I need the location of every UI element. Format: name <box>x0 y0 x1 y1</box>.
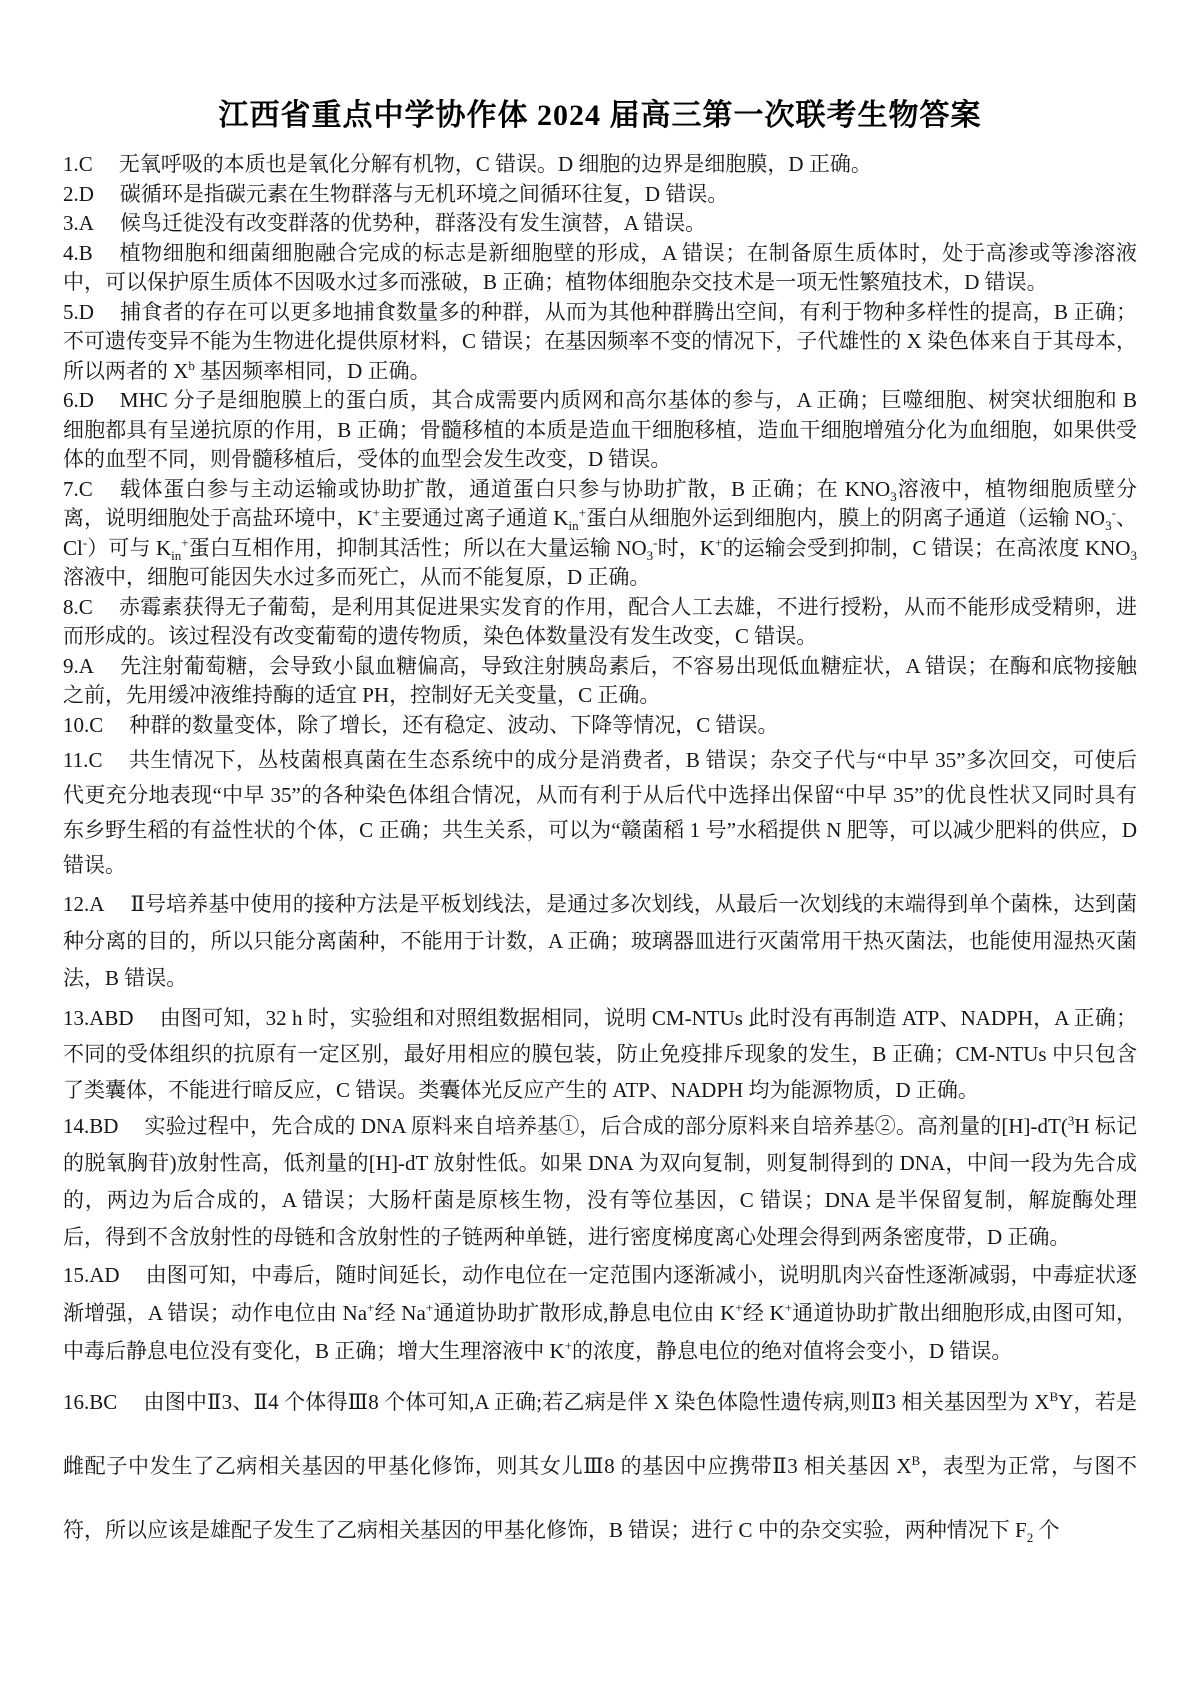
answer-text: 种群的数量变体，除了增长，还有稳定、波动、下降等情况，C 错误。 <box>129 713 778 737</box>
answer-item-16: 16.BC由图中Ⅱ3、Ⅱ4 个体得Ⅲ8 个体可知,A 正确;若乙病是伴 X 染色… <box>63 1370 1137 1562</box>
answer-text: 由图可知，32 h 时，实验组和对照组数据相同，说明 CM-NTUs 此时没有再… <box>63 1006 1137 1102</box>
answer-number: 9.A <box>63 654 120 678</box>
answer-item-2: 2.D碳循环是指碳元素在生物群落与无机环境之间循环往复，D 错误。 <box>63 180 1137 210</box>
answer-text: 实验过程中，先合成的 DNA 原料来自培养基①，后合成的部分原料来自培养基②。高… <box>63 1114 1137 1249</box>
answer-number: 10.C <box>63 713 129 737</box>
answer-item-6: 6.DMHC 分子是细胞膜上的蛋白质，其合成需要内质网和高尔基体的参与，A 正确… <box>63 386 1137 475</box>
answer-item-11: 11.C共生情况下，丛枝菌根真菌在生态系统中的成分是消费者，B 错误；杂交子代与… <box>63 743 1137 883</box>
answer-text: 载体蛋白参与主动运输或协助扩散，通道蛋白只参与协助扩散，B 正确；在 KNO3溶… <box>63 477 1137 590</box>
answer-number: 14.BD <box>63 1114 144 1138</box>
answer-number: 4.B <box>63 241 119 265</box>
answer-number: 11.C <box>63 748 128 772</box>
answer-item-12: 12.AⅡ号培养基中使用的接种方法是平板划线法，是通过多次划线，从最后一次划线的… <box>63 886 1137 997</box>
answer-text: 候鸟迁徙没有改变群落的优势种，群落没有发生演替，A 错误。 <box>120 211 706 235</box>
answer-item-4: 4.B植物细胞和细菌细胞融合完成的标志是新细胞壁的形成，A 错误；在制备原生质体… <box>63 239 1137 298</box>
answer-text: 由图可知，中毒后，随时间延长，动作电位在一定范围内逐渐减小，说明肌肉兴奋性逐渐减… <box>63 1263 1137 1363</box>
answer-number: 5.D <box>63 300 120 324</box>
answer-item-1: 1.C无氧呼吸的本质也是氧化分解有机物，C 错误。D 细胞的边界是细胞膜，D 正… <box>63 150 1137 180</box>
answer-text: 赤霉素获得无子葡萄，是利用其促进果实发育的作用，配合人工去雄，不进行授粉，从而不… <box>63 595 1137 649</box>
answer-text: 捕食者的存在可以更多地捕食数量多的种群，从而为其他种群腾出空间，有利于物种多样性… <box>63 300 1137 383</box>
answer-item-7: 7.C载体蛋白参与主动运输或协助扩散，通道蛋白只参与协助扩散，B 正确；在 KN… <box>63 475 1137 593</box>
answer-number: 7.C <box>63 477 119 501</box>
answer-number: 15.AD <box>63 1263 146 1287</box>
answer-item-15: 15.AD由图可知，中毒后，随时间延长，动作电位在一定范围内逐渐减小，说明肌肉兴… <box>63 1256 1137 1370</box>
answer-number: 16.BC <box>63 1390 143 1414</box>
answer-text: 共生情况下，丛枝菌根真菌在生态系统中的成分是消费者，B 错误；杂交子代与“中早 … <box>63 748 1137 877</box>
answers-list: 1.C无氧呼吸的本质也是氧化分解有机物，C 错误。D 细胞的边界是细胞膜，D 正… <box>63 150 1137 1562</box>
answer-number: 13.ABD <box>63 1006 160 1030</box>
answer-item-10: 10.C种群的数量变体，除了增长，还有稳定、波动、下降等情况，C 错误。 <box>63 711 1137 741</box>
answer-item-8: 8.C赤霉素获得无子葡萄，是利用其促进果实发育的作用，配合人工去雄，不进行授粉，… <box>63 593 1137 652</box>
answer-text: 由图中Ⅱ3、Ⅱ4 个体得Ⅲ8 个体可知,A 正确;若乙病是伴 X 染色体隐性遗传… <box>63 1390 1137 1542</box>
answer-item-14: 14.BD实验过程中，先合成的 DNA 原料来自培养基①，后合成的部分原料来自培… <box>63 1108 1137 1256</box>
answer-text: 先注射葡萄糖，会导致小鼠血糖偏高，导致注射胰岛素后，不容易出现低血糖症状，A 错… <box>63 654 1137 708</box>
document-page: 江西省重点中学协作体 2024 届高三第一次联考生物答案 1.C无氧呼吸的本质也… <box>0 0 1200 1698</box>
answer-number: 12.A <box>63 892 130 916</box>
answer-number: 2.D <box>63 182 120 206</box>
answer-text: 无氧呼吸的本质也是氧化分解有机物，C 错误。D 细胞的边界是细胞膜，D 正确。 <box>119 152 872 176</box>
answer-text: 植物细胞和细菌细胞融合完成的标志是新细胞壁的形成，A 错误；在制备原生质体时，处… <box>63 241 1137 295</box>
answer-number: 1.C <box>63 152 119 176</box>
answer-item-5: 5.D捕食者的存在可以更多地捕食数量多的种群，从而为其他种群腾出空间，有利于物种… <box>63 298 1137 387</box>
answer-number: 6.D <box>63 388 120 412</box>
answer-item-3: 3.A候鸟迁徙没有改变群落的优势种，群落没有发生演替，A 错误。 <box>63 209 1137 239</box>
answer-item-9: 9.A先注射葡萄糖，会导致小鼠血糖偏高，导致注射胰岛素后，不容易出现低血糖症状，… <box>63 652 1137 711</box>
answer-text: 碳循环是指碳元素在生物群落与无机环境之间循环往复，D 错误。 <box>120 182 728 206</box>
answer-text: MHC 分子是细胞膜上的蛋白质，其合成需要内质网和高尔基体的参与，A 正确；巨噬… <box>63 388 1137 471</box>
answer-number: 3.A <box>63 211 120 235</box>
answer-text: Ⅱ号培养基中使用的接种方法是平板划线法，是通过多次划线，从最后一次划线的末端得到… <box>63 892 1137 990</box>
page-title: 江西省重点中学协作体 2024 届高三第一次联考生物答案 <box>63 90 1137 134</box>
answer-item-13: 13.ABD由图可知，32 h 时，实验组和对照组数据相同，说明 CM-NTUs… <box>63 1000 1137 1108</box>
answer-number: 8.C <box>63 595 119 619</box>
